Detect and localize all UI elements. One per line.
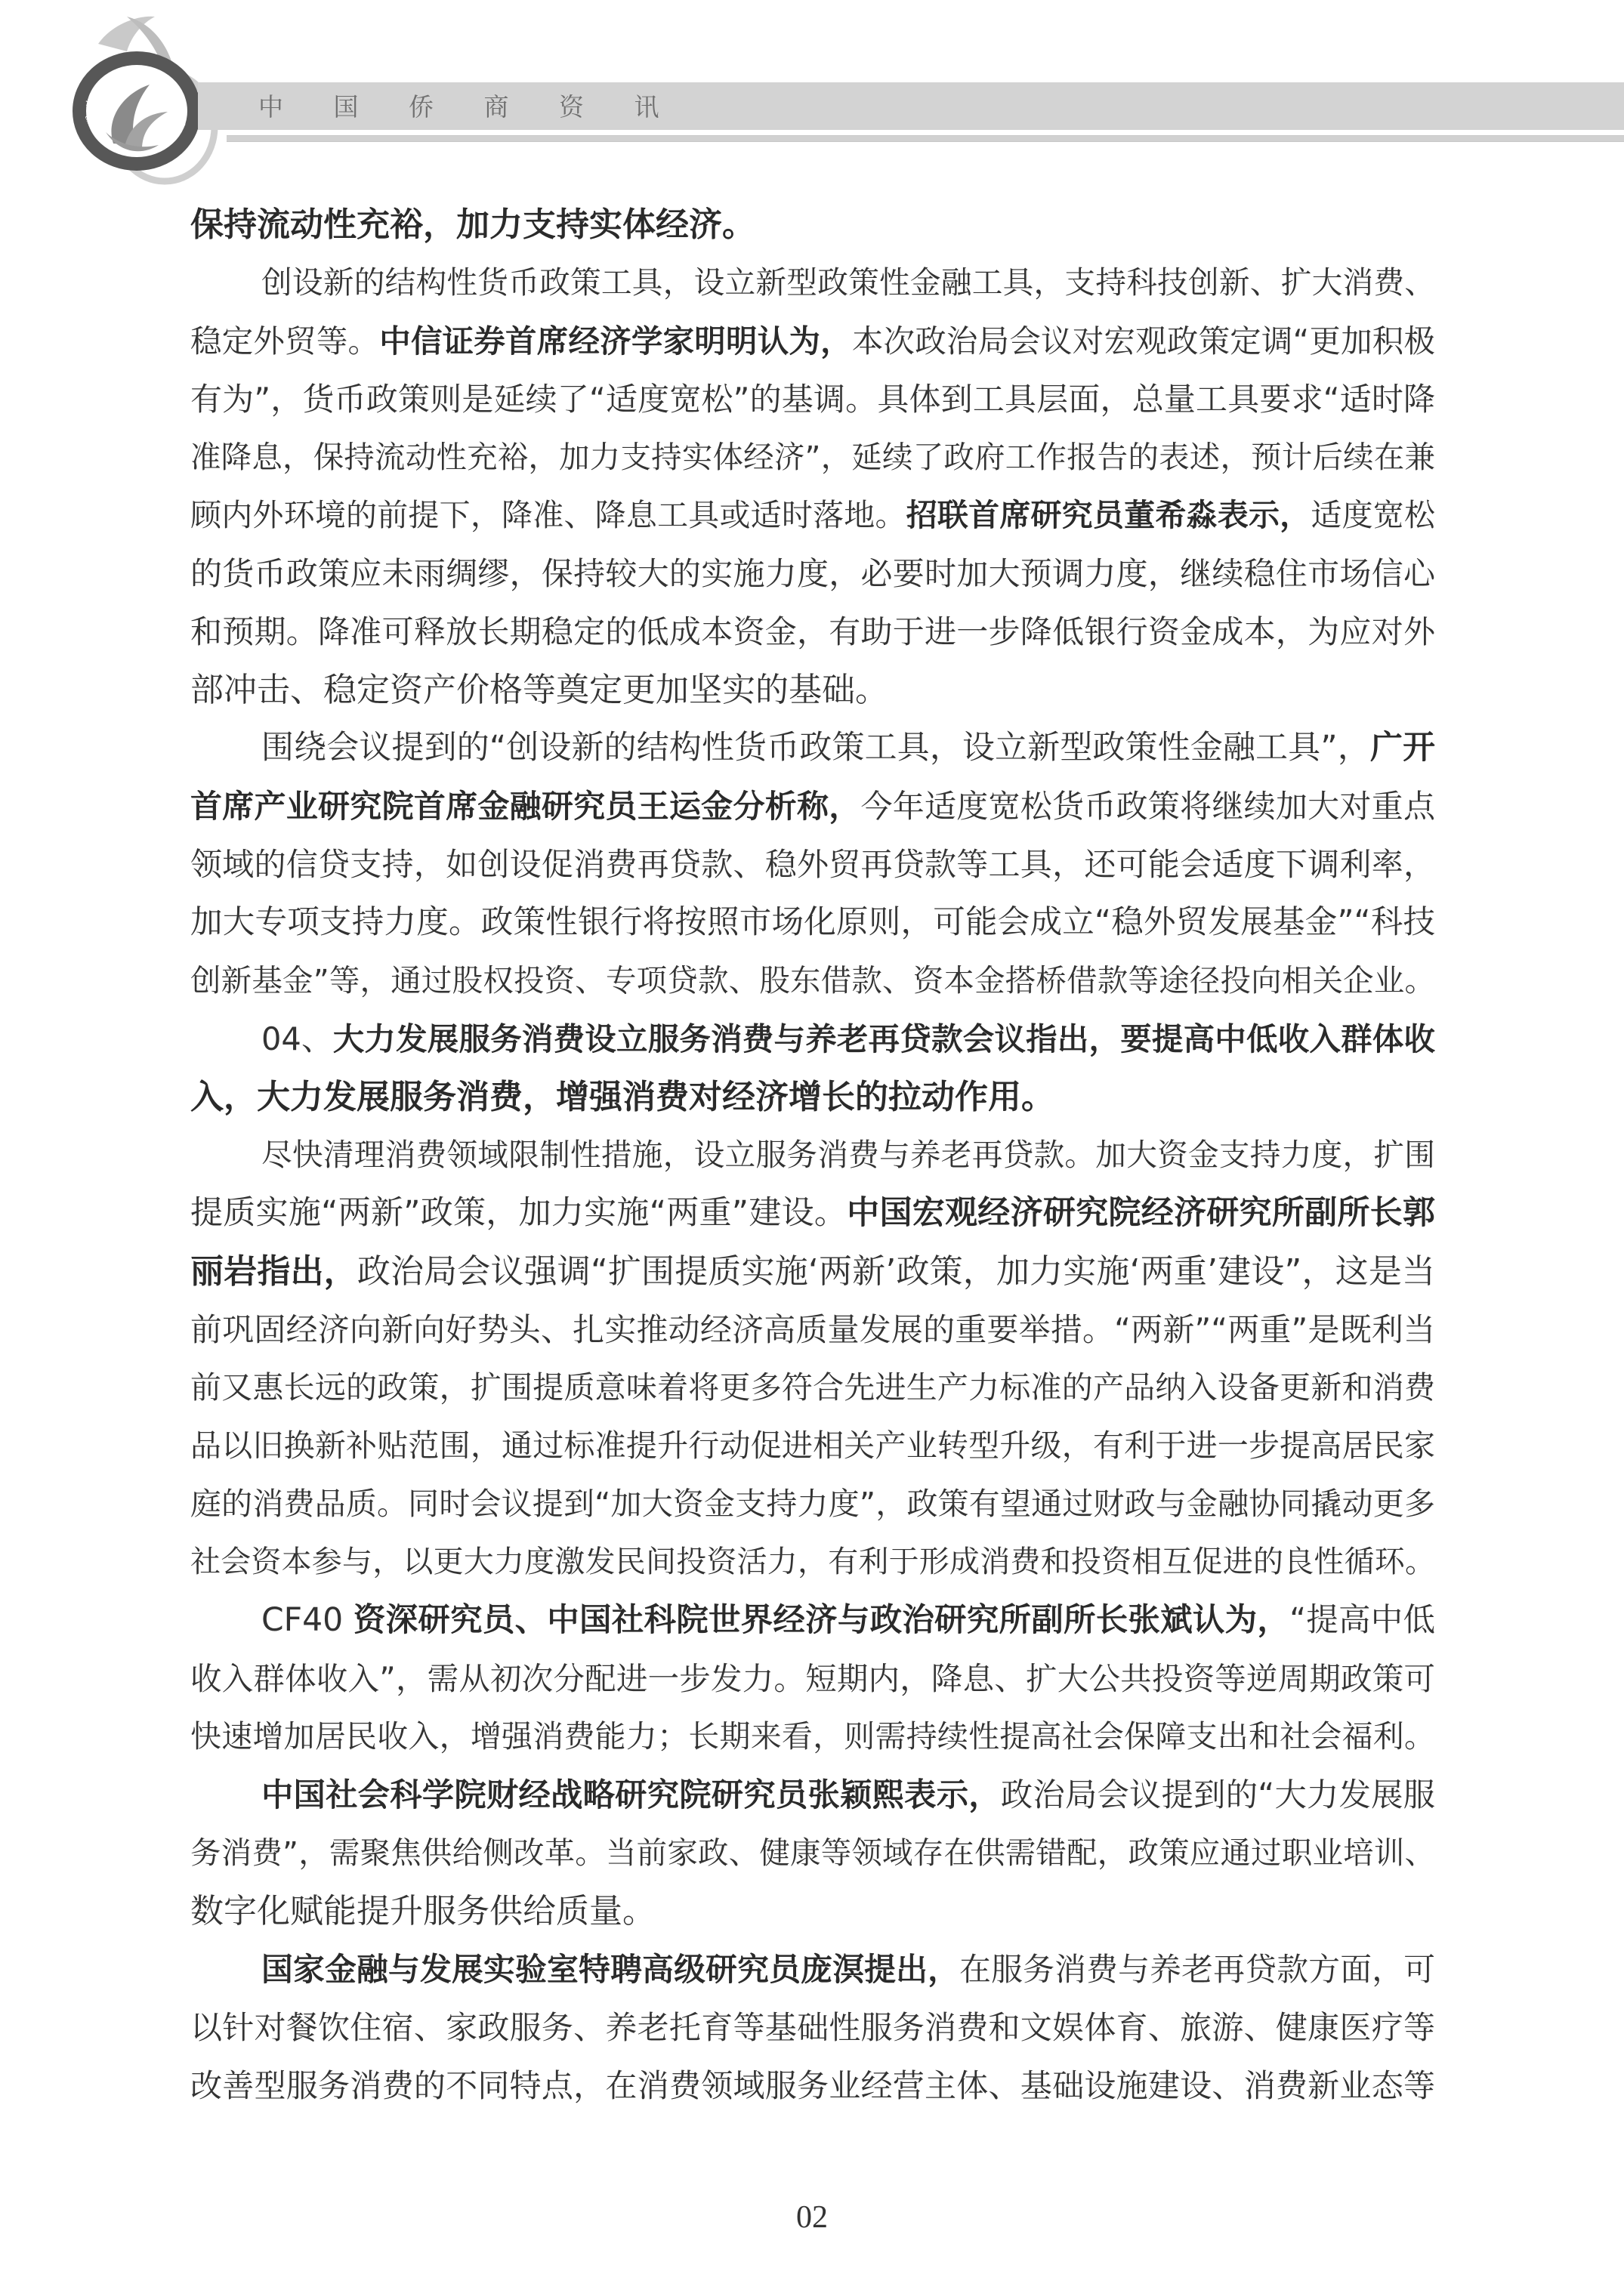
text-line: 和预期。降准可释放长期稳定的低成本资金，有助于进一步降低银行资金成本，为应对外 — [190, 603, 1435, 661]
text-line: 加大专项支持力度。政策性银行将按照市场化原则，可能会成立“稳外贸发展基金”“科技 — [190, 893, 1435, 952]
text-segment: 在服务消费与养老再贷款方面，可 — [959, 1951, 1435, 1988]
text-line: 尽快清理消费领域限制性措施，设立服务消费与养老再贷款。加大资金支持力度，扩围 — [190, 1126, 1435, 1184]
text-line: 社会资本参与，以更大力度激发民间投资活力，有利于形成消费和投资相互促进的良性循环… — [190, 1533, 1435, 1591]
article-body: 保持流动性充裕，加力支持实体经济。创设新的结构性货币政策工具，设立新型政策性金融… — [190, 196, 1435, 2115]
text-segment: 今年适度宽松货币政策将继续加大对重点 — [861, 788, 1435, 825]
text-line: 有为”，货币政策则是延续了“适度宽松”的基调。具体到工具层面，总量工具要求“适时… — [190, 370, 1435, 428]
title-char: 国 — [334, 92, 409, 122]
title-char: 商 — [484, 92, 560, 122]
title-char: 资 — [559, 92, 634, 122]
text-segment: 务消费”，需聚焦供给侧改革。当前家政、健康等领域存在供需错配，政策应通过职业培训… — [190, 1835, 1435, 1871]
bold-text-segment: 首席产业研究院首席金融研究员王运金分析称， — [190, 788, 861, 825]
text-segment: 尽快清理消费领域限制性措施，设立服务消费与养老再贷款。加大资金支持力度，扩围 — [261, 1137, 1435, 1173]
text-line: 收入群体收入”，需从初次分配进一步发力。短期内，降息、扩大公共投资等逆周期政策可 — [190, 1650, 1435, 1708]
bold-text-segment: 中国社会科学院财经战略研究院研究员张颖熙表示， — [261, 1776, 1001, 1813]
text-line: 04、大力发展服务消费设立服务消费与养老再贷款会议指出，要提高中低收入群体收 — [190, 1010, 1435, 1068]
publication-title: 中 国 侨 商 资 讯 — [258, 92, 709, 122]
text-segment: 收入群体收入”，需从初次分配进一步发力。短期内，降息、扩大公共投资等逆周期政策可 — [190, 1660, 1435, 1697]
text-line: 部冲击、稳定资产价格等奠定更加坚实的基础。 — [190, 661, 1435, 719]
text-line: CF40 资深研究员、中国社科院世界经济与政治研究所副所长张斌认为，“提高中低 — [190, 1591, 1435, 1650]
bold-text-segment: 入，大力发展服务消费，增强消费对经济增长的拉动作用。 — [190, 1078, 1054, 1116]
text-segment: 适度宽松 — [1311, 497, 1435, 533]
bold-text-segment: 资深研究员、中国社科院世界经济与政治研究所副所长张斌认为， — [354, 1602, 1289, 1639]
text-segment: 的货币政策应未雨绸缪，保持较大的实施力度，必要时加大预调力度，继续稳住市场信心 — [190, 555, 1435, 592]
text-segment: 快速增加居民收入，增强消费能力；长期来看，则需持续性提高社会保障支出和社会福利。 — [190, 1718, 1435, 1754]
title-char: 讯 — [634, 92, 710, 122]
text-line: 丽岩指出，政治局会议强调“扩围提质实施‘两新’政策，加力实施‘两重’建设”，这是… — [190, 1242, 1435, 1301]
page-number: 02 — [0, 2199, 1624, 2236]
text-segment: 提质实施“两新”政策，加力实施“两重”建设。 — [190, 1194, 847, 1232]
text-segment: 围绕会议提到的“创设新的结构性货币政策工具，设立新型政策性金融工具”， — [261, 729, 1370, 767]
text-line: 以针对餐饮住宿、家政服务、养老托育等基础性服务消费和文娱体育、旅游、健康医疗等 — [190, 1998, 1435, 2057]
text-segment: 稳定外贸等。 — [190, 323, 379, 360]
text-segment: 加大专项支持力度。政策性银行将按照市场化原则，可能会成立“稳外贸发展基金”“科技 — [190, 904, 1435, 941]
bold-text-segment: 广开 — [1370, 729, 1435, 767]
text-segment: 创新基金”等，通过股权投资、专项贷款、股东借款、资本金搭桥借款等途径投向相关企业… — [190, 962, 1435, 998]
text-segment: 以针对餐饮住宿、家政服务、养老托育等基础性服务消费和文娱体育、旅游、健康医疗等 — [190, 2009, 1435, 2046]
text-line: 准降息，保持流动性充裕，加力支持实体经济”，延续了政府工作报告的表述，预计后续在… — [190, 428, 1435, 486]
header-stripe — [227, 135, 1624, 142]
text-segment: 领域的信贷支持，如创设促消费再贷款、稳外贸再贷款等工具，还可能会适度下调利率， — [190, 846, 1435, 883]
bold-text-segment: 中国宏观经济研究院经济研究所副所长郭 — [847, 1194, 1435, 1232]
text-line: 保持流动性充裕，加力支持实体经济。 — [190, 196, 1435, 254]
text-segment: 本次政治局会议对宏观政策定调“更加积极 — [852, 323, 1435, 360]
text-line: 稳定外贸等。中信证券首席经济学家明明认为，本次政治局会议对宏观政策定调“更加积极 — [190, 312, 1435, 370]
bold-text-segment: 丽岩指出， — [190, 1252, 357, 1291]
text-segment: 准降息，保持流动性充裕，加力支持实体经济”，延续了政府工作报告的表述，预计后续在… — [190, 439, 1435, 475]
text-line: 改善型服务消费的不同特点，在消费领域服务业经营主体、基础设施建设、消费新业态等 — [190, 2057, 1435, 2115]
text-segment: 和预期。降准可释放长期稳定的低成本资金，有助于进一步降低银行资金成本，为应对外 — [190, 613, 1435, 650]
text-segment: 庭的消费品质。同时会议提到“加大资金支持力度”，政策有望通过财政与金融协同撬动更… — [190, 1486, 1435, 1522]
text-segment: 有为”，货币政策则是延续了“适度宽松”的基调。具体到工具层面，总量工具要求“适时… — [190, 381, 1435, 418]
text-line: 创设新的结构性货币政策工具，设立新型政策性金融工具，支持科技创新、扩大消费、 — [190, 254, 1435, 312]
text-line: 前又惠长远的政策，扩围提质意味着将更多符合先进生产力标准的产品纳入设备更新和消费 — [190, 1359, 1435, 1417]
bold-text-segment: 中信证券首席经济学家明明认为， — [379, 323, 852, 360]
text-line: 创新基金”等，通过股权投资、专项贷款、股东借款、资本金搭桥借款等途径投向相关企业… — [190, 952, 1435, 1010]
text-segment: 前巩固经济向新向好势头、扎实推动经济高质量发展的重要举措。“两新”“两重”是既利… — [190, 1311, 1435, 1348]
bold-text-segment: 招联首席研究员董希淼表示， — [906, 497, 1311, 533]
text-line: 入，大力发展服务消费，增强消费对经济增长的拉动作用。 — [190, 1068, 1435, 1126]
bold-text-segment: 保持流动性充裕，加力支持实体经济。 — [190, 205, 755, 244]
text-segment: CF40 — [261, 1602, 354, 1639]
bold-text-segment: 大力发展服务消费设立服务消费与养老再贷款会议指出，要提高中低收入群体收 — [333, 1020, 1435, 1057]
text-line: 国家金融与发展实验室特聘高级研究员庞溟提出，在服务消费与养老再贷款方面，可 — [190, 1940, 1435, 1998]
text-segment: 数字化赋能提升服务供给质量。 — [190, 1892, 656, 1930]
text-line: 庭的消费品质。同时会议提到“加大资金支持力度”，政策有望通过财政与金融协同撬动更… — [190, 1475, 1435, 1533]
bold-text-segment: 国家金融与发展实验室特聘高级研究员庞溟提出， — [261, 1951, 959, 1988]
text-segment: 前又惠长远的政策，扩围提质意味着将更多符合先进生产力标准的产品纳入设备更新和消费 — [190, 1369, 1435, 1406]
text-line: 中国社会科学院财经战略研究院研究员张颖熙表示，政治局会议提到的“大力发展服 — [190, 1766, 1435, 1824]
text-line: 顾内外环境的前提下，降准、降息工具或适时落地。招联首席研究员董希淼表示，适度宽松 — [190, 486, 1435, 545]
text-line: 提质实施“两新”政策，加力实施“两重”建设。中国宏观经济研究院经济研究所副所长郭 — [190, 1184, 1435, 1242]
text-line: 领域的信贷支持，如创设促消费再贷款、稳外贸再贷款等工具，还可能会适度下调利率， — [190, 835, 1435, 893]
text-segment: 政治局会议提到的“大力发展服 — [1001, 1776, 1435, 1813]
text-segment: 品以旧换新补贴范围，通过标准提升行动促进相关产业转型升级，有利于进一步提高居民家 — [190, 1427, 1435, 1464]
text-segment: 改善型服务消费的不同特点，在消费领域服务业经营主体、基础设施建设、消费新业态等 — [190, 2067, 1435, 2104]
text-line: 品以旧换新补贴范围，通过标准提升行动促进相关产业转型升级，有利于进一步提高居民家 — [190, 1417, 1435, 1475]
text-line: 前巩固经济向新向好势头、扎实推动经济高质量发展的重要举措。“两新”“两重”是既利… — [190, 1301, 1435, 1359]
text-line: 快速增加居民收入，增强消费能力；长期来看，则需持续性提高社会保障支出和社会福利。 — [190, 1708, 1435, 1766]
text-segment: 社会资本参与，以更大力度激发民间投资活力，有利于形成消费和投资相互促进的良性循环… — [190, 1545, 1435, 1579]
text-line: 围绕会议提到的“创设新的结构性货币政策工具，设立新型政策性金融工具”，广开 — [190, 719, 1435, 777]
title-char: 中 — [258, 92, 334, 122]
text-segment: 04、 — [261, 1020, 333, 1057]
text-segment: 部冲击、稳定资产价格等奠定更加坚实的基础。 — [190, 671, 888, 709]
text-line: 数字化赋能提升服务供给质量。 — [190, 1882, 1435, 1940]
text-segment: 顾内外环境的前提下，降准、降息工具或适时落地。 — [190, 497, 906, 533]
text-segment: “提高中低 — [1289, 1602, 1435, 1639]
page-header: 中國僑商聯合會 CHINA FEDERATION OF OVERSEAS CHI… — [0, 0, 1624, 181]
text-segment: 政治局会议强调“扩围提质实施‘两新’政策，加力实施‘两重’建设”，这是当 — [357, 1252, 1435, 1291]
text-segment: 创设新的结构性货币政策工具，设立新型政策性金融工具，支持科技创新、扩大消费、 — [261, 264, 1435, 301]
text-line: 首席产业研究院首席金融研究员王运金分析称，今年适度宽松货币政策将继续加大对重点 — [190, 777, 1435, 835]
text-line: 务消费”，需聚焦供给侧改革。当前家政、健康等领域存在供需错配，政策应通过职业培训… — [190, 1824, 1435, 1882]
text-line: 的货币政策应未雨绸缪，保持较大的实施力度，必要时加大预调力度，继续稳住市场信心 — [190, 545, 1435, 603]
title-char: 侨 — [409, 92, 484, 122]
